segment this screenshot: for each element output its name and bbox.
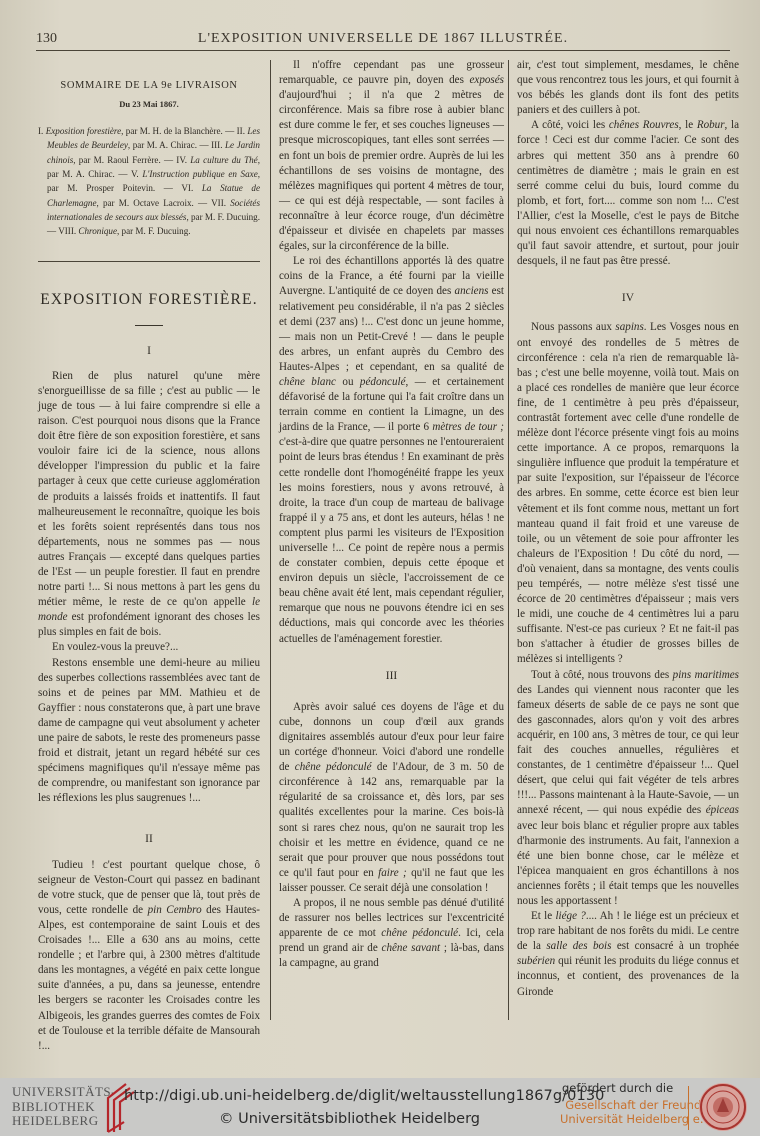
paragraph: Et le liége ?.... Ah ! le liége est un p…	[517, 909, 739, 1000]
entry-num: — VIII.	[47, 226, 76, 236]
paragraph: A propos, il ne nous semble pas dénué d'…	[279, 896, 504, 971]
paragraph: A côté, voici les chênes Rouvres, le Rob…	[517, 118, 739, 269]
entry-num: VII.	[211, 198, 226, 208]
section-heading-4: IV	[517, 291, 739, 306]
journal-title: L'EXPOSITION UNIVERSELLE DE 1867 ILLUSTR…	[36, 31, 730, 47]
section-heading-3: III	[279, 669, 504, 684]
sommaire-rule	[38, 261, 260, 262]
paragraph: Rien de plus naturel qu'une mère s'enorg…	[38, 369, 260, 641]
paragraph: Le roi des échantillons apportés là des …	[279, 254, 504, 646]
entry-author: , par M. F. Ducuing.	[186, 212, 260, 222]
sommaire: SOMMAIRE DE LA 9e LIVRAISON Du 23 Mai 18…	[38, 78, 260, 262]
entry-title: Exposition forestière	[46, 126, 121, 136]
article-title: EXPOSITION FORESTIÈRE.	[38, 292, 260, 307]
section-heading-2: II	[38, 832, 260, 847]
entry-num: V.	[131, 169, 139, 179]
sommaire-title: SOMMAIRE DE LA 9e LIVRAISON	[38, 78, 260, 93]
funded-by-text: gefördert durch die	[562, 1081, 673, 1095]
paragraph: air, c'est tout simplement, mesdames, le…	[517, 58, 739, 118]
sommaire-date: Du 23 Mai 1867.	[38, 97, 260, 112]
column-3: air, c'est tout simplement, mesdames, le…	[517, 58, 739, 1000]
library-footer: UNIVERSITÄTS- BIBLIOTHEK HEIDELBERG http…	[0, 1078, 760, 1136]
paragraph: Il n'offre cependant pas une grosseur re…	[279, 58, 504, 254]
footer-divider	[688, 1086, 689, 1130]
university-seal-icon	[698, 1082, 748, 1132]
paragraph: En voulez-vous la preuve?...	[38, 640, 260, 655]
column-2: Il n'offre cependant pas une grosseur re…	[279, 58, 504, 971]
entry-title: L'Instruction publique en Saxe	[142, 169, 257, 179]
title-dash	[135, 325, 163, 326]
paragraph: Tout à côté, nous trouvons des pins mari…	[517, 668, 739, 910]
sommaire-list: I. Exposition forestière, par M. H. de l…	[38, 124, 260, 238]
entry-author: , par M. F. Ducuing.	[117, 226, 191, 236]
column-rule	[508, 60, 509, 1020]
entry-author: , par M. Octave Lacroix. —	[97, 198, 208, 208]
header-rule	[36, 50, 730, 51]
entry-title: La culture du Thé	[190, 155, 257, 165]
column-rule	[270, 60, 271, 1020]
section-heading-1: I	[38, 344, 260, 359]
entry-num: II.	[237, 126, 245, 136]
entry-author: , par M. A. Chirac. —	[128, 140, 209, 150]
column-1: SOMMAIRE DE LA 9e LIVRAISON Du 23 Mai 18…	[38, 58, 260, 1054]
entry-num: I.	[38, 126, 43, 136]
scanned-page: 130 L'EXPOSITION UNIVERSELLE DE 1867 ILL…	[0, 0, 760, 1078]
source-url-link[interactable]: http://digi.ub.uni-heidelberg.de/diglit/…	[124, 1088, 604, 1104]
entry-num: IV.	[176, 155, 187, 165]
entry-author: , par M. H. de la Blanchère. —	[121, 126, 234, 136]
copyright-text: © Universitätsbibliothek Heidelberg	[219, 1111, 480, 1127]
entry-author: , par M. Raoul Ferrère. —	[73, 155, 173, 165]
paragraph: Restons ensemble une demi-heure au milie…	[38, 656, 260, 807]
entry-num: VI.	[181, 183, 193, 193]
paragraph: Tudieu ! c'est pourtant quelque chose, ô…	[38, 858, 260, 1054]
society-name: Gesellschaft der Freunde Universität Hei…	[560, 1098, 714, 1126]
entry-title: Chronique	[78, 226, 117, 236]
entry-num: III.	[211, 140, 222, 150]
paragraph: Nous passons aux sapins. Les Vosges nous…	[517, 320, 739, 667]
running-head: 130 L'EXPOSITION UNIVERSELLE DE 1867 ILL…	[36, 27, 730, 49]
paragraph: Après avoir salué ces doyens de l'âge et…	[279, 700, 504, 896]
